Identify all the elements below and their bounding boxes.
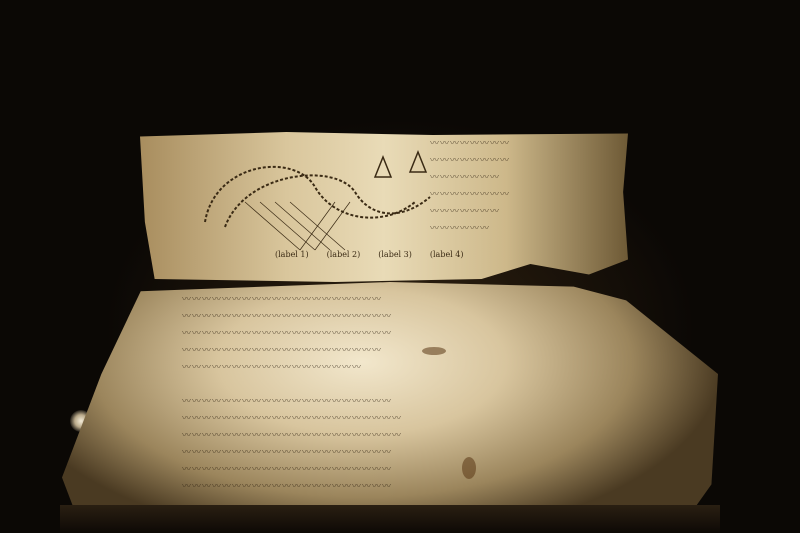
naga-drawing-icon [185, 142, 445, 252]
manuscript-lower-leaf: 〰〰〰〰〰〰〰〰〰〰〰〰〰〰〰〰〰〰〰〰 〰〰〰〰〰〰〰〰〰〰〰〰〰〰〰〰〰〰〰… [62, 282, 718, 512]
naga-label: (label 4) [430, 250, 464, 259]
manuscript-upper-leaf: (label 1) (label 2) (label 3) (label 4) … [140, 132, 628, 282]
naga-labels: (label 1) (label 2) (label 3) (label 4) [275, 250, 464, 259]
upper-leaf-handwriting: 〰〰〰〰〰〰〰〰〰〰〰〰〰〰〰〰〰〰〰〰〰〰〰〰〰〰〰〰〰〰〰〰〰〰〰〰〰〰〰〰… [430, 136, 620, 238]
naga-label: (label 2) [327, 250, 361, 259]
paper-stain [462, 457, 476, 479]
lower-leaf-handwriting: 〰〰〰〰〰〰〰〰〰〰〰〰〰〰〰〰〰〰〰〰 〰〰〰〰〰〰〰〰〰〰〰〰〰〰〰〰〰〰〰… [182, 292, 702, 496]
book-edge [60, 505, 720, 533]
naga-label: (label 3) [378, 250, 412, 259]
naga-label: (label 1) [275, 250, 309, 259]
paper-stain [422, 347, 446, 355]
